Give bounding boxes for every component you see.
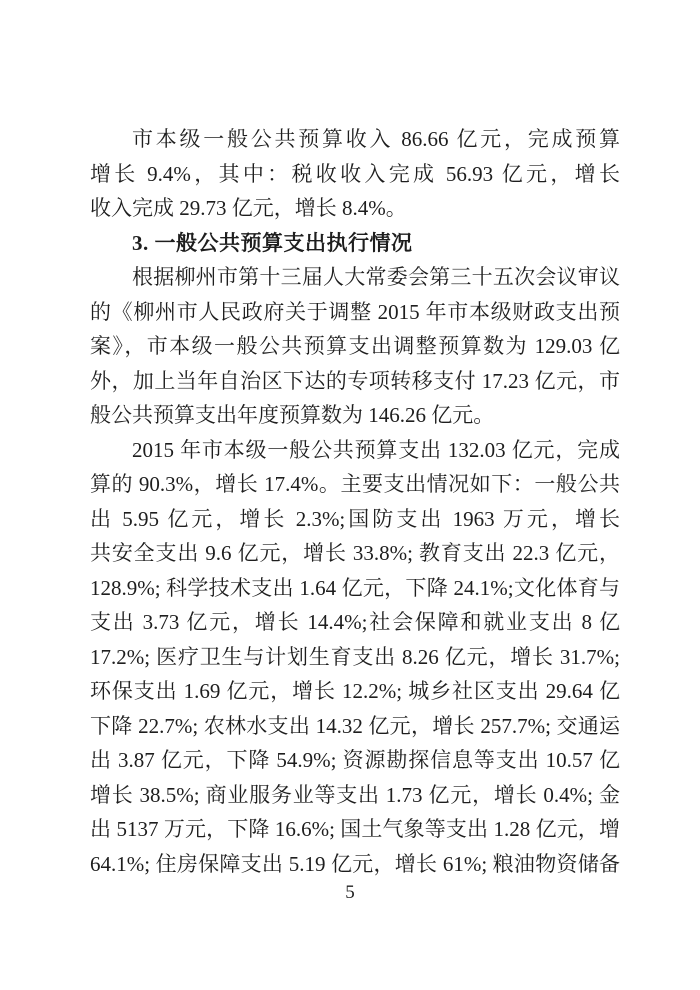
text-line: 的《柳州市人民政府关于调整 2015 年市本级财政支出预算的议 — [90, 295, 620, 330]
text-line: 出 5.95 亿元，增长 2.3%;国防支出 1963 万元，增长 35.2%;… — [90, 502, 620, 537]
text-line: 根据柳州市第十三届人大常委会第三十五次会议审议批准 — [90, 260, 620, 295]
text-line: 出 5137 万元，下降 16.6%; 国土气象等支出 1.28 亿元，增长 — [90, 812, 620, 847]
section-heading: 3. 一般公共预算支出执行情况 — [90, 226, 620, 261]
text-line: 出 3.87 亿元，下降 54.9%; 资源勘探信息等支出 10.57 亿元， — [90, 743, 620, 778]
text-line: 增长 9.4%，其中：税收收入完成 56.93 亿元，增长 9.9%；非税 — [90, 157, 620, 192]
text-line: 般公共预算支出年度预算数为 146.26 亿元。 — [90, 398, 620, 433]
text-line: 64.1%; 住房保障支出 5.19 亿元，增长 61%; 粮油物资储备支出 — [90, 847, 620, 882]
text-line: 支出 3.73 亿元，增长 14.4%;社会保障和就业支出 8 亿元，增长 — [90, 605, 620, 640]
text-line: 外，加上当年自治区下达的专项转移支付 17.23 亿元，市本级一 — [90, 364, 620, 399]
page-number: 5 — [0, 879, 700, 907]
document-page: 市本级一般公共预算收入 86.66 亿元，完成预算 109.2%， 增长 9.4… — [0, 0, 700, 990]
text-line: 案》，市本级一般公共预算支出调整预算数为 129.03 亿元。此 — [90, 329, 620, 364]
text-line: 128.9%; 科学技术支出 1.64 亿元，下降 24.1%;文化体育与传媒 — [90, 571, 620, 606]
text-line: 算的 90.3%，增长 17.4%。主要支出情况如下：一般公共服务支 — [90, 467, 620, 502]
document-body: 市本级一般公共预算收入 86.66 亿元，完成预算 109.2%， 增长 9.4… — [90, 122, 620, 881]
text-line: 增长 38.5%; 商业服务业等支出 1.73 亿元，增长 0.4%; 金融支 — [90, 778, 620, 813]
text-line: 17.2%; 医疗卫生与计划生育支出 8.26 亿元，增长 31.7%; 节能 — [90, 640, 620, 675]
text-line: 收入完成 29.73 亿元，增长 8.4%。 — [90, 191, 620, 226]
text-line: 共安全支出 9.6 亿元，增长 33.8%; 教育支出 22.3 亿元，增长 — [90, 536, 620, 571]
text-line: 2015 年市本级一般公共预算支出 132.03 亿元，完成年度预 — [90, 433, 620, 468]
text-line: 下降 22.7%; 农林水支出 14.32 亿元，增长 257.7%; 交通运输… — [90, 709, 620, 744]
text-line: 市本级一般公共预算收入 86.66 亿元，完成预算 109.2%， — [90, 122, 620, 157]
text-line: 环保支出 1.69 亿元，增长 12.2%; 城乡社区支出 29.64 亿元， — [90, 674, 620, 709]
